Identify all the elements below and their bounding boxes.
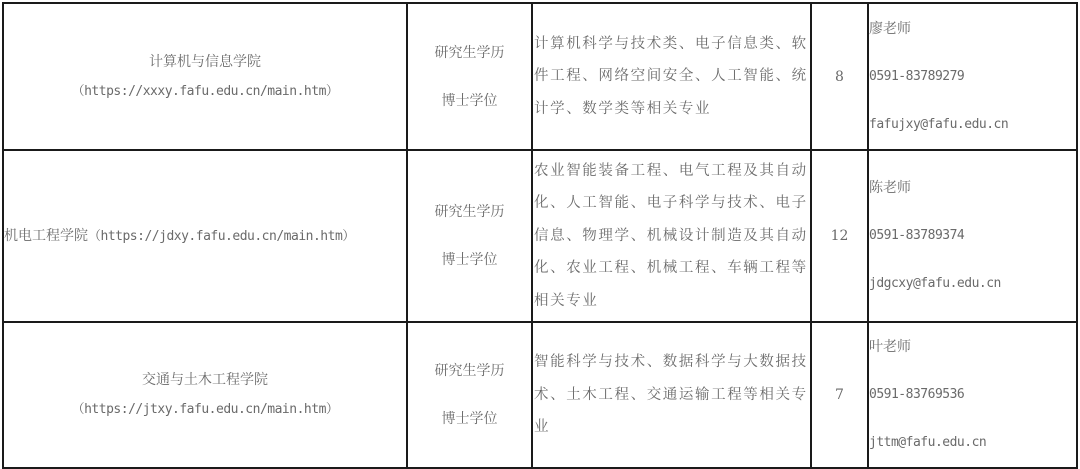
position-count: 12 bbox=[831, 228, 849, 244]
degree-level: 博士学位 bbox=[408, 77, 531, 125]
table-row: 机电工程学院（https://jdxy.fafu.edu.cn/main.htm… bbox=[3, 150, 1077, 322]
table-row: 计算机与信息学院 （https://xxxy.fafu.edu.cn/main.… bbox=[3, 3, 1077, 150]
contact-email: jdgcxy@fafu.edu.cn bbox=[869, 260, 1076, 308]
degree-level: 博士学位 bbox=[408, 395, 531, 443]
contact-cell: 廖老师 0591-83789279 fafujxy@fafu.edu.cn bbox=[868, 3, 1077, 150]
college-name: 交通与土木工程学院 bbox=[4, 365, 406, 395]
majors-cell: 计算机科学与技术类、电子信息类、软件工程、网络空间安全、人工智能、统计学、数学类… bbox=[532, 3, 811, 150]
degree-education: 研究生学历 bbox=[408, 29, 531, 77]
degree-cell: 研究生学历 博士学位 bbox=[407, 3, 532, 150]
contact-name: 廖老师 bbox=[869, 5, 1076, 53]
degree-cell: 研究生学历 博士学位 bbox=[407, 322, 532, 468]
contact-phone: 0591-83789279 bbox=[869, 53, 1076, 101]
majors-cell: 智能科学与技术、数据科学与大数据技术、土木工程、交通运输工程等相关专业 bbox=[532, 322, 811, 468]
table-row: 交通与土木工程学院 （https://jtxy.fafu.edu.cn/main… bbox=[3, 322, 1077, 468]
majors-cell: 农业智能装备工程、电气工程及其自动化、人工智能、电子科学与技术、电子信息、物理学… bbox=[532, 150, 811, 322]
contact-phone: 0591-83789374 bbox=[869, 212, 1076, 260]
college-url: （https://xxxy.fafu.edu.cn/main.htm） bbox=[4, 77, 406, 107]
count-cell: 12 bbox=[811, 150, 868, 322]
majors-text: 计算机科学与技术类、电子信息类、软件工程、网络空间安全、人工智能、统计学、数学类… bbox=[533, 28, 810, 126]
degree-level: 博士学位 bbox=[408, 236, 531, 284]
college-url: （https://jtxy.fafu.edu.cn/main.htm） bbox=[4, 395, 406, 425]
degree-cell: 研究生学历 博士学位 bbox=[407, 150, 532, 322]
position-count: 8 bbox=[835, 69, 844, 85]
college-cell: 交通与土木工程学院 （https://jtxy.fafu.edu.cn/main… bbox=[3, 322, 407, 468]
contact-phone: 0591-83769536 bbox=[869, 371, 1076, 419]
majors-text: 农业智能装备工程、电气工程及其自动化、人工智能、电子科学与技术、电子信息、物理学… bbox=[533, 155, 810, 318]
contact-cell: 陈老师 0591-83789374 jdgcxy@fafu.edu.cn bbox=[868, 150, 1077, 322]
contact-email: fafujxy@fafu.edu.cn bbox=[869, 101, 1076, 149]
contact-name: 叶老师 bbox=[869, 323, 1076, 371]
count-cell: 8 bbox=[811, 3, 868, 150]
degree-education: 研究生学历 bbox=[408, 347, 531, 395]
college-name: 机电工程学院 bbox=[4, 228, 88, 244]
college-cell: 机电工程学院（https://jdxy.fafu.edu.cn/main.htm… bbox=[3, 150, 407, 322]
recruitment-table: 计算机与信息学院 （https://xxxy.fafu.edu.cn/main.… bbox=[2, 2, 1078, 469]
degree-education: 研究生学历 bbox=[408, 188, 531, 236]
college-cell: 计算机与信息学院 （https://xxxy.fafu.edu.cn/main.… bbox=[3, 3, 407, 150]
college-url: （https://jdxy.fafu.edu.cn/main.htm） bbox=[88, 229, 355, 244]
college-name: 计算机与信息学院 bbox=[4, 47, 406, 77]
contact-email: jttm@fafu.edu.cn bbox=[869, 419, 1076, 467]
contact-name: 陈老师 bbox=[869, 164, 1076, 212]
position-count: 7 bbox=[835, 387, 844, 403]
contact-cell: 叶老师 0591-83769536 jttm@fafu.edu.cn bbox=[868, 322, 1077, 468]
count-cell: 7 bbox=[811, 322, 868, 468]
majors-text: 智能科学与技术、数据科学与大数据技术、土木工程、交通运输工程等相关专业 bbox=[533, 346, 810, 444]
